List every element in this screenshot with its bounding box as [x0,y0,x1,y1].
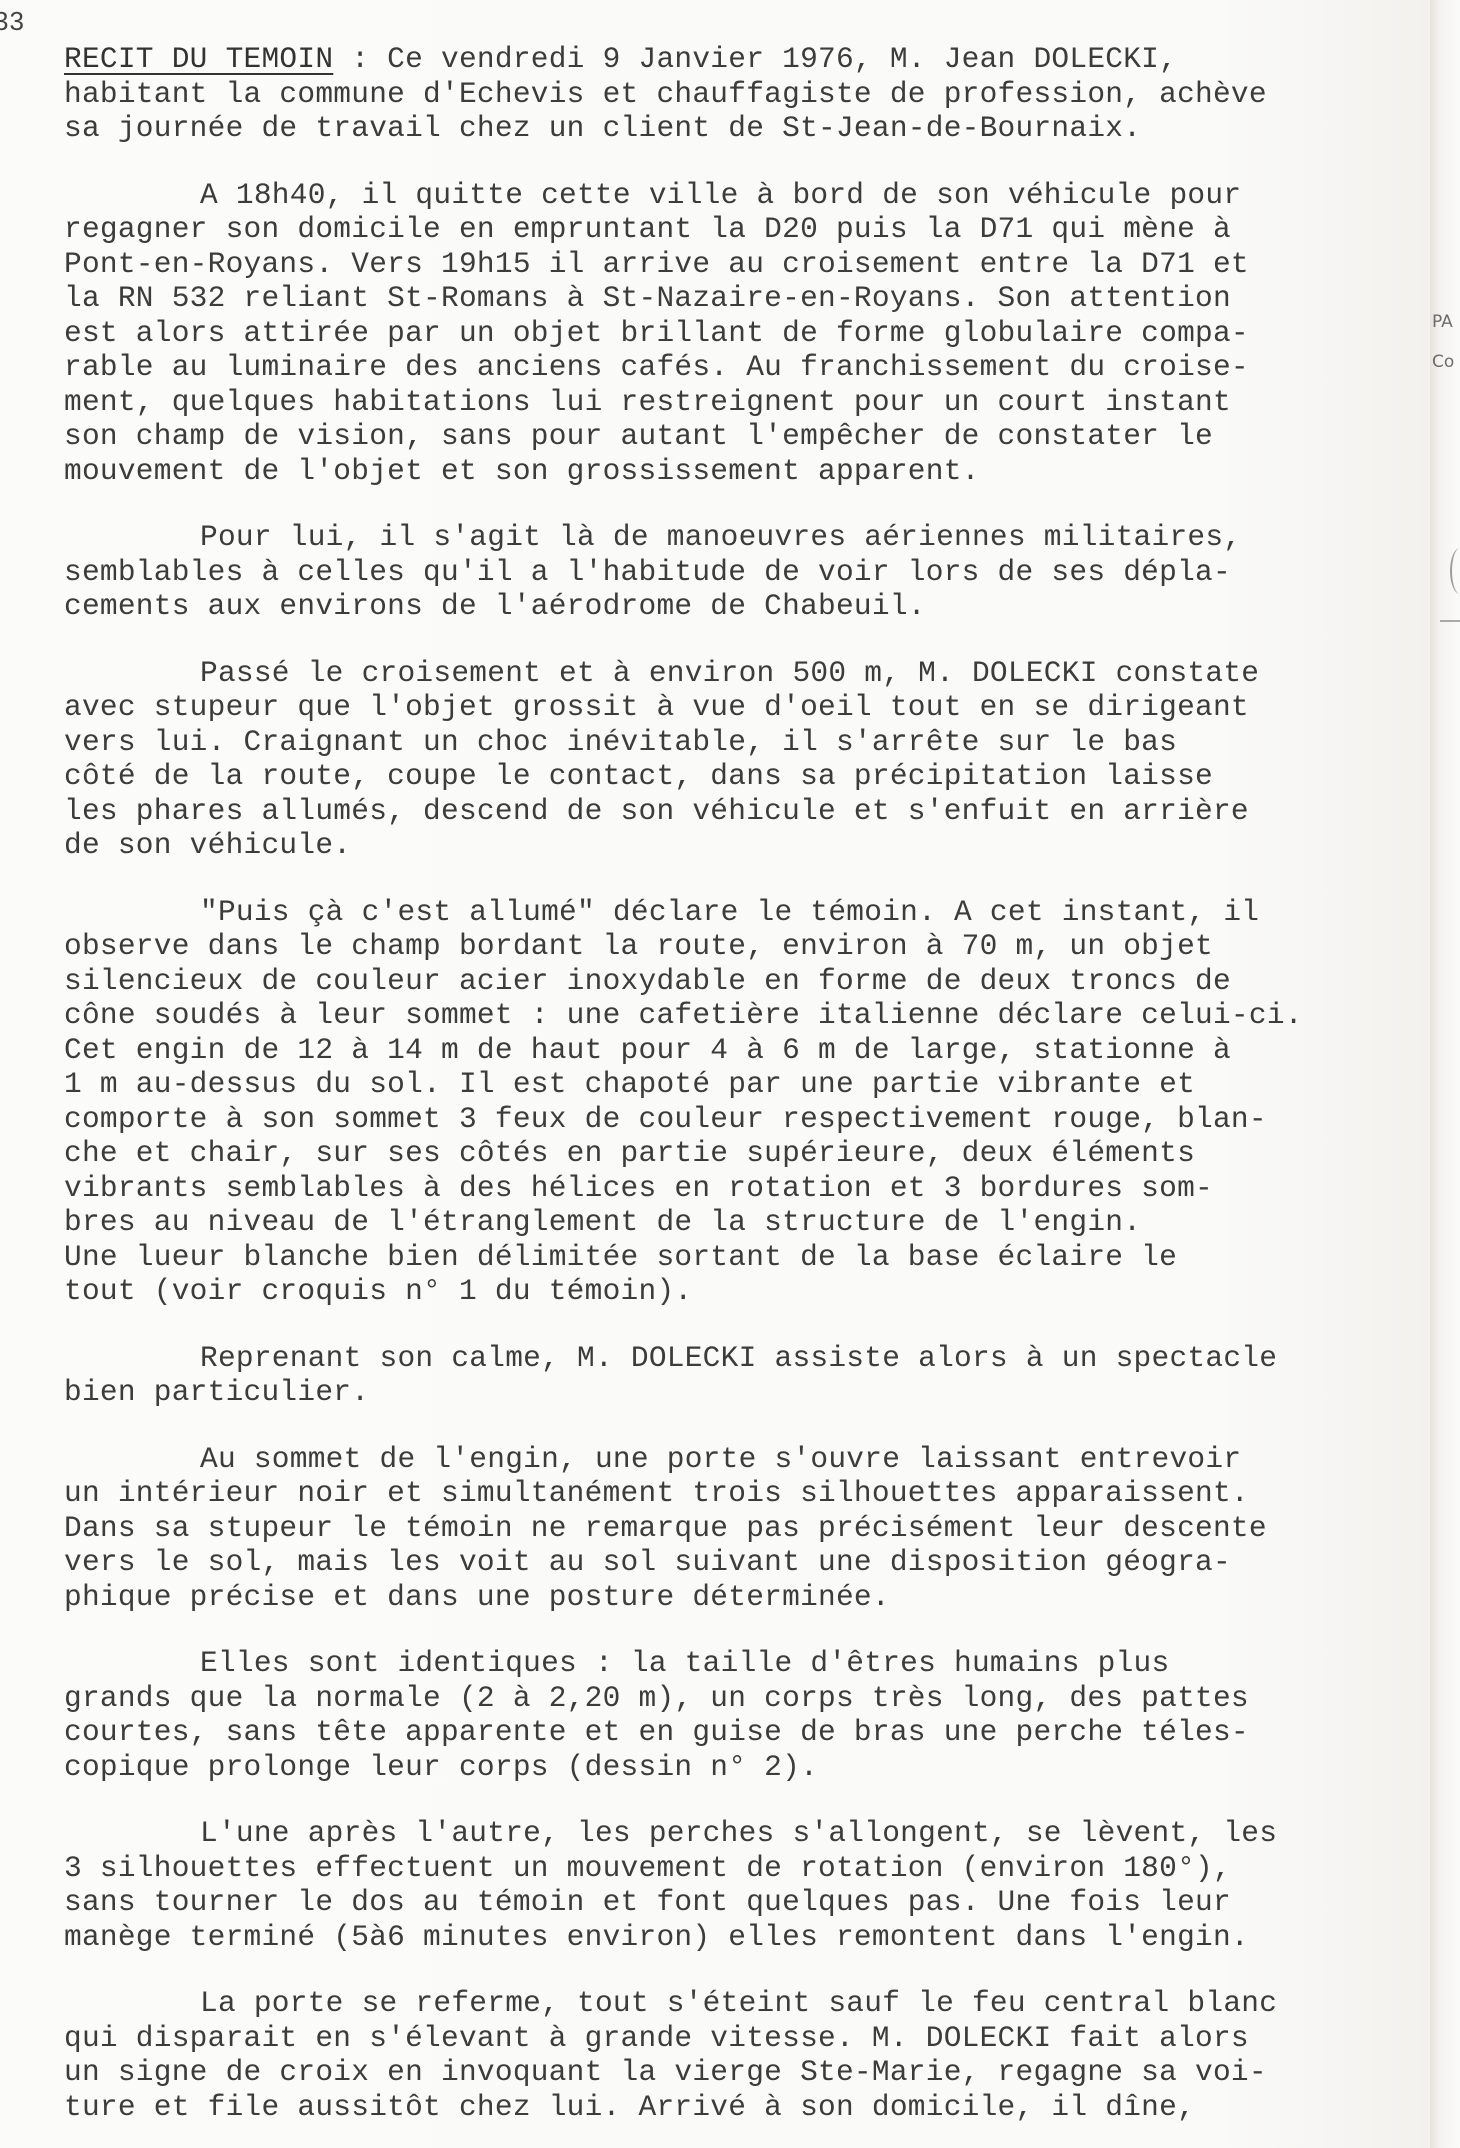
text-line: vibrants semblables à des hélices en rot… [64,1171,1404,1206]
paragraph: Pour lui, il s'agit là de manoeuvres aér… [64,520,1404,624]
margin-note-pa: PA [1432,312,1453,332]
paragraph: La porte se referme, tout s'éteint sauf … [64,1986,1404,2124]
text-line: "Puis çà c'est allumé" déclare le témoin… [64,895,1404,930]
paragraph-spacer [64,1784,1404,1816]
text-line: 1 m au-dessus du sol. Il est chapoté par… [64,1067,1404,1102]
section-heading: RECIT DU TEMOIN [64,42,333,76]
text-line: Reprenant son calme, M. DOLECKI assiste … [64,1341,1404,1376]
text-line: sans tourner le dos au témoin et font qu… [64,1885,1404,1920]
text-line: bres au niveau de l'étranglement de la s… [64,1205,1404,1240]
text-line: son champ de vision, sans pour autant l'… [64,419,1404,454]
paragraph-spacer [64,488,1404,520]
margin-line-mark [1440,620,1460,622]
text-line: che et chair, sur ses côtés en partie su… [64,1136,1404,1171]
text-line: Au sommet de l'engin, une porte s'ouvre … [64,1442,1404,1477]
paragraph: Au sommet de l'engin, une porte s'ouvre … [64,1442,1404,1615]
text-line: Cet engin de 12 à 14 m de haut pour 4 à … [64,1033,1404,1068]
text-line: cements aux environs de l'aérodrome de C… [64,589,1404,624]
text-line: un intérieur noir et simultanément trois… [64,1476,1404,1511]
text-line: est alors attirée par un objet brillant … [64,316,1404,351]
paragraph: Reprenant son calme, M. DOLECKI assiste … [64,1341,1404,1410]
text-line: Une lueur blanche bien délimitée sortant… [64,1240,1404,1275]
text-line: courtes, sans tête apparente et en guise… [64,1715,1404,1750]
paragraph: Elles sont identiques : la taille d'être… [64,1646,1404,1784]
paragraph: A 18h40, il quitte cette ville à bord de… [64,178,1404,489]
text-line: vers le sol, mais les voit au sol suivan… [64,1545,1404,1580]
text-line: silencieux de couleur acier inoxydable e… [64,964,1404,999]
text-line: Dans sa stupeur le témoin ne remarque pa… [64,1511,1404,1546]
text-line: les phares allumés, descend de son véhic… [64,794,1404,829]
paragraph-spacer [64,1954,1404,1986]
margin-note-co: Co [1432,352,1454,372]
paragraph-spacer [64,1614,1404,1646]
paragraph-list: habitant la commune d'Echevis et chauffa… [64,77,1404,2125]
page-number: 33 [0,6,25,37]
text-line: sa journée de travail chez un client de … [64,111,1404,146]
text-line: un signe de croix en invoquant la vierge… [64,2055,1404,2090]
text-line: avec stupeur que l'objet grossit à vue d… [64,690,1404,725]
text-line: L'une après l'autre, les perches s'allon… [64,1816,1404,1851]
text-line: qui disparait en s'élevant à grande vite… [64,2021,1404,2056]
text-line: ment, quelques habitations lui restreign… [64,385,1404,420]
paragraph: "Puis çà c'est allumé" déclare le témoin… [64,895,1404,1309]
text-line: regagner son domicile en empruntant la D… [64,212,1404,247]
text-line: la RN 532 reliant St-Romans à St-Nazaire… [64,281,1404,316]
text-line: phique précise et dans une posture déter… [64,1580,1404,1615]
text-line: mouvement de l'objet et son grossissemen… [64,454,1404,489]
text-line: Elles sont identiques : la taille d'être… [64,1646,1404,1681]
text-line: A 18h40, il quitte cette ville à bord de… [64,178,1404,213]
paragraph: L'une après l'autre, les perches s'allon… [64,1816,1404,1954]
paragraph-spacer [64,1410,1404,1442]
text-line: côté de la route, coupe le contact, dans… [64,759,1404,794]
document-body: RECIT DU TEMOIN : Ce vendredi 9 Janvier … [64,42,1404,2124]
text-line: copique prolonge leur corps (dessin n° 2… [64,1750,1404,1785]
paragraph: habitant la commune d'Echevis et chauffa… [64,77,1404,146]
text-line: de son véhicule. [64,828,1404,863]
text-line: Pour lui, il s'agit là de manoeuvres aér… [64,520,1404,555]
paragraph-spacer [64,1309,1404,1341]
paragraph-spacer [64,624,1404,656]
paragraph: Passé le croisement et à environ 500 m, … [64,656,1404,863]
text-line: semblables à celles qu'il a l'habitude d… [64,555,1404,590]
text-line: manège terminé (5à6 minutes environ) ell… [64,1920,1404,1955]
heading-sentence: : Ce vendredi 9 Janvier 1976, M. Jean DO… [333,42,1177,76]
text-line: habitant la commune d'Echevis et chauffa… [64,77,1404,112]
text-line: vers lui. Craignant un choc inévitable, … [64,725,1404,760]
text-line: 3 silhouettes effectuent un mouvement de… [64,1851,1404,1886]
text-line: bien particulier. [64,1375,1404,1410]
text-line: cône soudés à leur sommet : une cafetièr… [64,998,1404,1033]
paragraph-spacer [64,863,1404,895]
paragraph-spacer [64,146,1404,178]
heading-line: RECIT DU TEMOIN : Ce vendredi 9 Janvier … [64,42,1404,77]
text-line: La porte se referme, tout s'éteint sauf … [64,1986,1404,2021]
text-line: grands que la normale (2 à 2,20 m), un c… [64,1681,1404,1716]
text-line: tout (voir croquis n° 1 du témoin). [64,1274,1404,1309]
text-line: Passé le croisement et à environ 500 m, … [64,656,1404,691]
text-line: rable au luminaire des anciens cafés. Au… [64,350,1404,385]
text-line: observe dans le champ bordant la route, … [64,929,1404,964]
text-line: comporte à son sommet 3 feux de couleur … [64,1102,1404,1137]
text-line: ture et file aussitôt chez lui. Arrivé à… [64,2090,1404,2125]
text-line: Pont-en-Royans. Vers 19h15 il arrive au … [64,247,1404,282]
